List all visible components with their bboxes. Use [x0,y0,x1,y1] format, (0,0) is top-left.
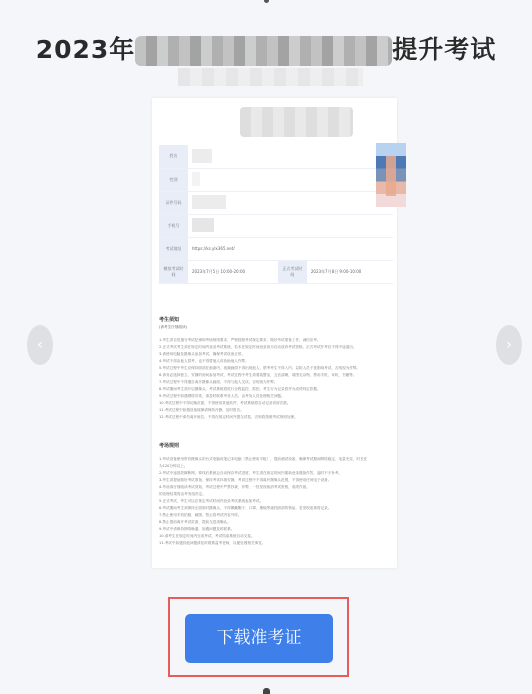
title-prefix: 2023年 [36,35,136,64]
notice-subheading: (请考生仔细阅读) [159,324,391,331]
field-label: 姓名 [159,145,188,168]
rules-heading: 考场规则 [159,443,391,450]
table-row: 模拟考试时间 2023年7月5日 10:00-20:00 正式考试时间 2023… [159,260,393,283]
field-label: 手机号 [159,214,188,237]
field-value-name [188,145,393,168]
field-label: 性别 [159,168,188,191]
field-label: 考试地址 [159,237,188,260]
list-item: 12.考试过程中请勿离开座位，不得在规定时间外提交试卷，否则将按照考试规则处理。 [159,414,391,421]
previous-button[interactable]: ‹ [27,325,53,365]
redacted-ticket-heading [240,107,353,137]
redacted-value [192,195,226,209]
redacted-value [192,218,214,232]
list-item: 5.考试过程中考生应保持面部在画面内，视频画面不得出现他人，禁考考生不得入内，以… [159,365,391,372]
title-suffix: 提升考试 [392,35,496,64]
page-title: 2023年提升考试 [0,30,532,66]
list-item: 6.请务必选择独立、安静的房间参加考试，考试过程中考生须着装整洁，五官清晰，周围… [159,372,391,379]
list-item: 2.正式考试考生须在规定时间内登录考试系统，若未在规定时间登录视为自动放弃考试资… [159,344,391,351]
list-item: 8.禁止提前离开考试页面，提前交卷须确认。 [159,519,391,526]
list-item: 10.考试过程中不得切换页面，不得使用其他软件，考试系统将自动记录切屏次数。 [159,400,391,407]
field-value-id [188,191,393,214]
field-value-phone [188,214,393,237]
list-item: 11.考试中如遇其他问题请及时联系监考老师，以便处理相关事宜。 [159,540,391,547]
list-item: 6.考试期间考生须保持正面面对摄像头，不得佩戴帽子、口罩、墨镜等遮挡面部的物品，… [159,505,391,512]
next-button[interactable]: › [496,325,522,365]
list-item: 4.考试不得由他人替考，也不得替他人或协助他人作弊。 [159,358,391,365]
formal-exam-label: 正式考试时间 [278,260,307,283]
exam-notice: 考生须知 (请考生仔细阅读) 1.考生须自觉遵守考试纪律和考场规则要求，严格按照… [159,313,391,547]
table-row: 证件号码 [159,191,393,214]
mock-exam-time: 2023年7月5日 10:00-20:00 [188,260,278,283]
list-item: 9.考试中请保持网络畅通，如遇问题及时联系。 [159,526,391,533]
candidate-info-table: 姓名 性别 证件号码 手机号 考试地址 https://ks.ylx365.ne… [159,145,393,284]
table-row: 考试地址 https://ks.ylx365.net/ [159,237,393,260]
table-row: 性别 [159,168,393,191]
redacted-title-mask [135,36,392,66]
list-item: 为120分钟以上。 [159,463,391,470]
table-row: 姓名 [159,145,393,168]
list-item: 7.禁止使用手机拍照、截图，禁止将考试内容外传。 [159,512,391,519]
mock-exam-label: 模拟考试时间 [159,260,188,283]
field-label: 证件号码 [159,191,188,214]
chevron-left-icon: ‹ [37,337,43,353]
bottom-indicator [263,688,270,694]
list-item: 11.考试过程中如遇设备故障请保持冷静，及时报告。 [159,407,391,414]
list-item: 3.考生须提前做好考试准备，保持考试环境安静，考试过程中不得离开摄像头范围，不得… [159,477,391,484]
notice-list: 1.考生须自觉遵守考试纪律和考场规则要求，严格按照考试规定要求，做好考试准备工作… [159,337,391,421]
redacted-subtitle-mask [178,68,363,86]
list-item: 5.正式考试，考生可以在规定考试时间内登录考试系统参加考试。 [159,498,391,505]
redacted-value [192,172,200,186]
field-value-gender [188,168,393,191]
list-item: 的处理结果将由考务组决定。 [159,491,391,498]
list-item: 2.考试中途因故障断网、掉线后系统会自动保存考试进度，考生须在规定时间内重新登录… [159,470,391,477]
formal-exam-time: 2023年7月8日 9:00-10:00 [307,260,393,283]
list-item: 10.请考生在规定时间内完成考试，考试结束系统自动交卷。 [159,533,391,540]
admission-ticket-preview: 姓名 性别 证件号码 手机号 考试地址 https://ks.ylx365.ne… [152,98,397,568]
candidate-photo [376,143,406,207]
list-item: 4.考前请仔细阅读考试须知，考试过程中严禁抄袭、作弊，一经发现取消考试资格，成绩… [159,484,391,491]
list-item: 8.考试期间考生须开启摄像头，考试系统将进行全程监控、抓拍，考生行为记录将作为成… [159,386,391,393]
list-item: 3.请使用电脑及摄像头参加考试，确保考试设备正常。 [159,351,391,358]
list-item: 1.考生须自觉遵守考试纪律和考场规则要求，严格按照考试规定要求，做好考试准备工作… [159,337,391,344]
table-row: 手机号 [159,214,393,237]
rules-list: 1.考试设备使用带有摄像头的台式电脑或笔记本电脑（禁止使用平板），提前测试设备，… [159,456,391,547]
download-admission-ticket-button[interactable]: 下载准考证 [185,614,333,663]
chevron-right-icon: › [506,337,512,353]
list-item: 7.考试过程中不得擅自离开摄像头画面，不得与他人交谈，否则视为作弊。 [159,379,391,386]
redacted-value [192,149,212,163]
list-item: 9.考试过程中如遇网络异常，请及时联系考务人员，由考务人员处理相关问题。 [159,393,391,400]
exam-url[interactable]: https://ks.ylx365.net/ [188,237,393,260]
list-item: 1.考试设备使用带有摄像头的台式电脑或笔记本电脑（禁止使用平板），提前测试设备，… [159,456,391,463]
notice-heading: 考生须知 [159,317,391,324]
top-indicator [264,0,269,3]
